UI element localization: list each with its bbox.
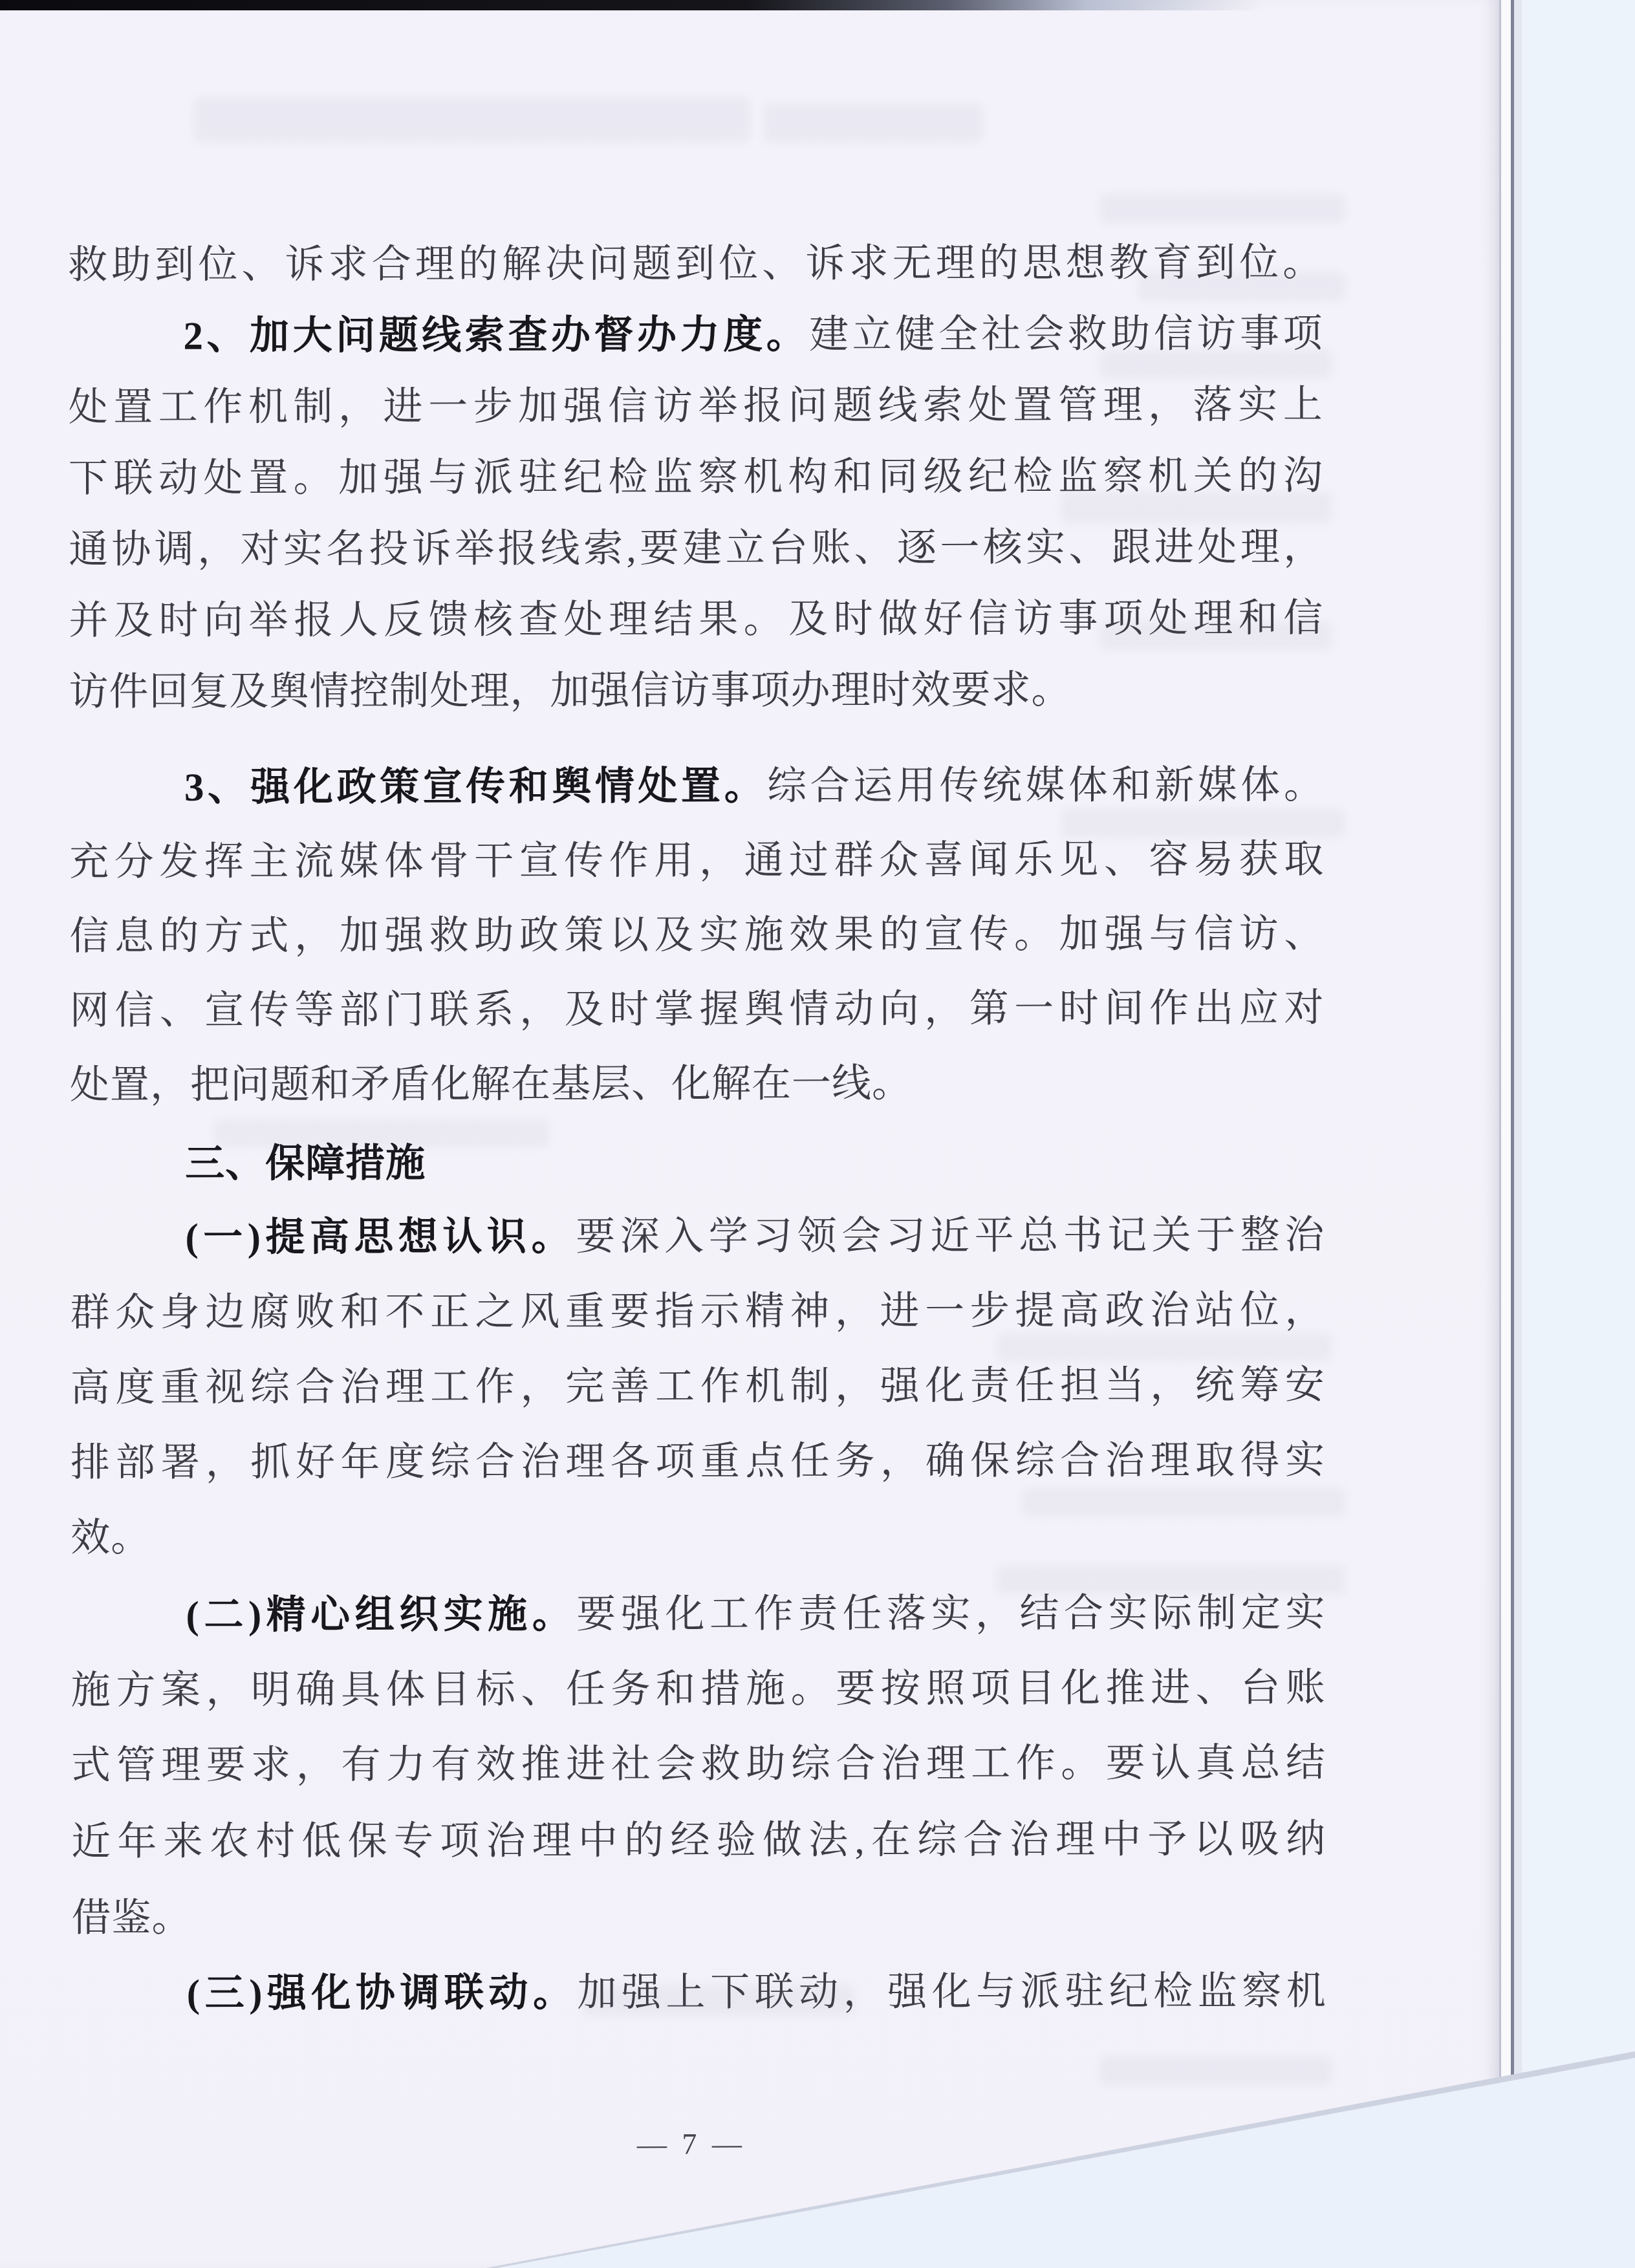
text-run: 近年来农村低保专项治理中的经验做法,在综合治理中予以吸纳 (71, 1818, 1326, 1864)
text-line: 施方案，明确具体目标、任务和措施。要按照项目化推进、台账 (71, 1665, 1326, 1719)
text-line: 处置，把问题和矛盾化解在基层、化解在一线。 (70, 1059, 1325, 1114)
scanned-document-page: 救助到位、诉求合理的解决问题到位、诉求无理的思想教育到位。2、加大问题线索查办督… (0, 0, 1635, 2268)
bold-run: 三、保障措施 (185, 1142, 426, 1186)
text-run: 充分发挥主流媒体骨干宣传作用，通过群众喜闻乐见、容易获取 (69, 838, 1324, 884)
scanner-background (1522, 0, 1635, 2268)
text-line: 3、强化政策宣传和舆情处置。综合运用传统媒体和新媒体。 (69, 762, 1324, 816)
page-stack-edge (1501, 0, 1511, 2268)
text-run: 加强上下联动，强化与派驻纪检监察机 (577, 1970, 1326, 2014)
text-line: 处置工作机制，进一步加强信访举报问题线索处置管理，落实上 (69, 382, 1323, 436)
text-line: 下联动处置。加强与派驻纪检监察机构和同级纪检监察机关的沟 (69, 453, 1323, 507)
text-line: 近年来农村低保专项治理中的经验做法,在综合治理中予以吸纳 (71, 1816, 1326, 1870)
text-line: 三、保障措施 (70, 1138, 1325, 1193)
text-line: 借鉴。 (71, 1892, 1326, 1947)
page-number: — 7 — (637, 2126, 870, 2161)
text-line: 网信、宣传等部门联系，及时掌握舆情动向，第一时间作出应对 (70, 985, 1325, 1039)
text-run: 处置工作机制，进一步加强信访举报问题线索处置管理，落实上 (69, 383, 1323, 429)
text-line: 高度重视综合治理工作，完善工作机制，强化责任担当，统筹安 (70, 1362, 1325, 1416)
text-run: 借鉴。 (71, 1897, 191, 1940)
text-line: 式管理要求，有力有效推进社会救助综合治理工作。要认真总结 (71, 1740, 1326, 1794)
text-line: 效。 (70, 1512, 1325, 1566)
text-run: 要深入学习领会习近平总书记关于整治 (576, 1214, 1325, 1258)
text-line: 通协调，对实名投诉举报线索,要建立台账、逐一核实、跟进处理， (69, 524, 1323, 578)
text-line: 并及时向举报人反馈核查处理结果。及时做好信访事项处理和信 (69, 595, 1323, 649)
text-run: 通协调，对实名投诉举报线索,要建立台账、逐一核实、跟进处理， (69, 526, 1323, 572)
bold-run: (一)提高思想认识。 (185, 1215, 576, 1259)
text-line: 信息的方式，加强救助政策以及实施效果的宣传。加强与信访、 (69, 911, 1324, 965)
text-line: (一)提高思想认识。要深入学习领会习近平总书记关于整治 (70, 1212, 1325, 1266)
text-run: 排部署，抓好年度综合治理各项重点任务，确保综合治理取得实 (70, 1439, 1325, 1485)
text-run: 式管理要求，有力有效推进社会救助综合治理工作。要认真总结 (71, 1742, 1326, 1787)
bold-run: 3、强化政策宣传和舆情处置。 (184, 765, 767, 810)
bold-run: (二)精心组织实施。 (186, 1593, 576, 1637)
text-run: 综合运用传统媒体和新媒体。 (767, 764, 1324, 808)
text-layer: 救助到位、诉求合理的解决问题到位、诉求无理的思想教育到位。2、加大问题线索查办督… (67, 0, 1326, 2268)
text-run: 群众身边腐败和不正之风重要指示精神，进一步提高政治站位， (70, 1289, 1325, 1335)
text-run: 效。 (70, 1517, 151, 1560)
text-run: 并及时向举报人反馈核查处理结果。及时做好信访事项处理和信 (69, 597, 1323, 643)
bold-run: (三)强化协调联动。 (187, 1971, 578, 2015)
text-line: (二)精心组织实施。要强化工作责任落实，结合实际制定实 (70, 1590, 1325, 1644)
text-run: 网信、宣传等部门联系，及时掌握舆情动向，第一时间作出应对 (70, 987, 1325, 1033)
page-stack-edge-outer (1514, 0, 1522, 2268)
text-run: 施方案，明确具体目标、任务和措施。要按照项目化推进、台账 (71, 1667, 1326, 1712)
text-run: 建立健全社会救助信访事项 (809, 312, 1323, 357)
text-line: 救助到位、诉求合理的解决问题到位、诉求无理的思想教育到位。 (68, 239, 1323, 294)
text-run: 高度重视综合治理工作，完善工作机制，强化责任担当，统筹安 (70, 1364, 1325, 1410)
bold-run: 2、加大问题线索查办督办力度。 (183, 314, 809, 358)
text-run: 救助到位、诉求合理的解决问题到位、诉求无理的思想教育到位。 (68, 241, 1323, 287)
text-line: 充分发挥主流媒体骨干宣传作用，通过群众喜闻乐见、容易获取 (69, 836, 1324, 891)
text-run: 信息的方式，加强救助政策以及实施效果的宣传。加强与信访、 (69, 913, 1324, 958)
text-line: 群众身边腐败和不正之风重要指示精神，进一步提高政治站位， (70, 1287, 1325, 1341)
text-run: 要强化工作责任落实，结合实际制定实 (576, 1592, 1325, 1636)
text-line: 访件回复及舆情控制处理，加强信访事项办理时效要求。 (69, 666, 1323, 720)
text-line: (三)强化协调联动。加强上下联动，强化与派驻纪检监察机 (72, 1968, 1326, 2022)
text-run: 下联动处置。加强与派驻纪检监察机构和同级纪检监察机关的沟 (69, 455, 1323, 501)
text-run: 处置，把问题和矛盾化解在基层、化解在一线。 (70, 1062, 912, 1107)
text-run: 访件回复及舆情控制处理，加强信访事项办理时效要求。 (69, 669, 1071, 714)
text-line: 排部署，抓好年度综合治理各项重点任务，确保综合治理取得实 (70, 1437, 1325, 1491)
text-line: 2、加大问题线索查办督办力度。建立健全社会救助信访事项 (68, 310, 1323, 365)
